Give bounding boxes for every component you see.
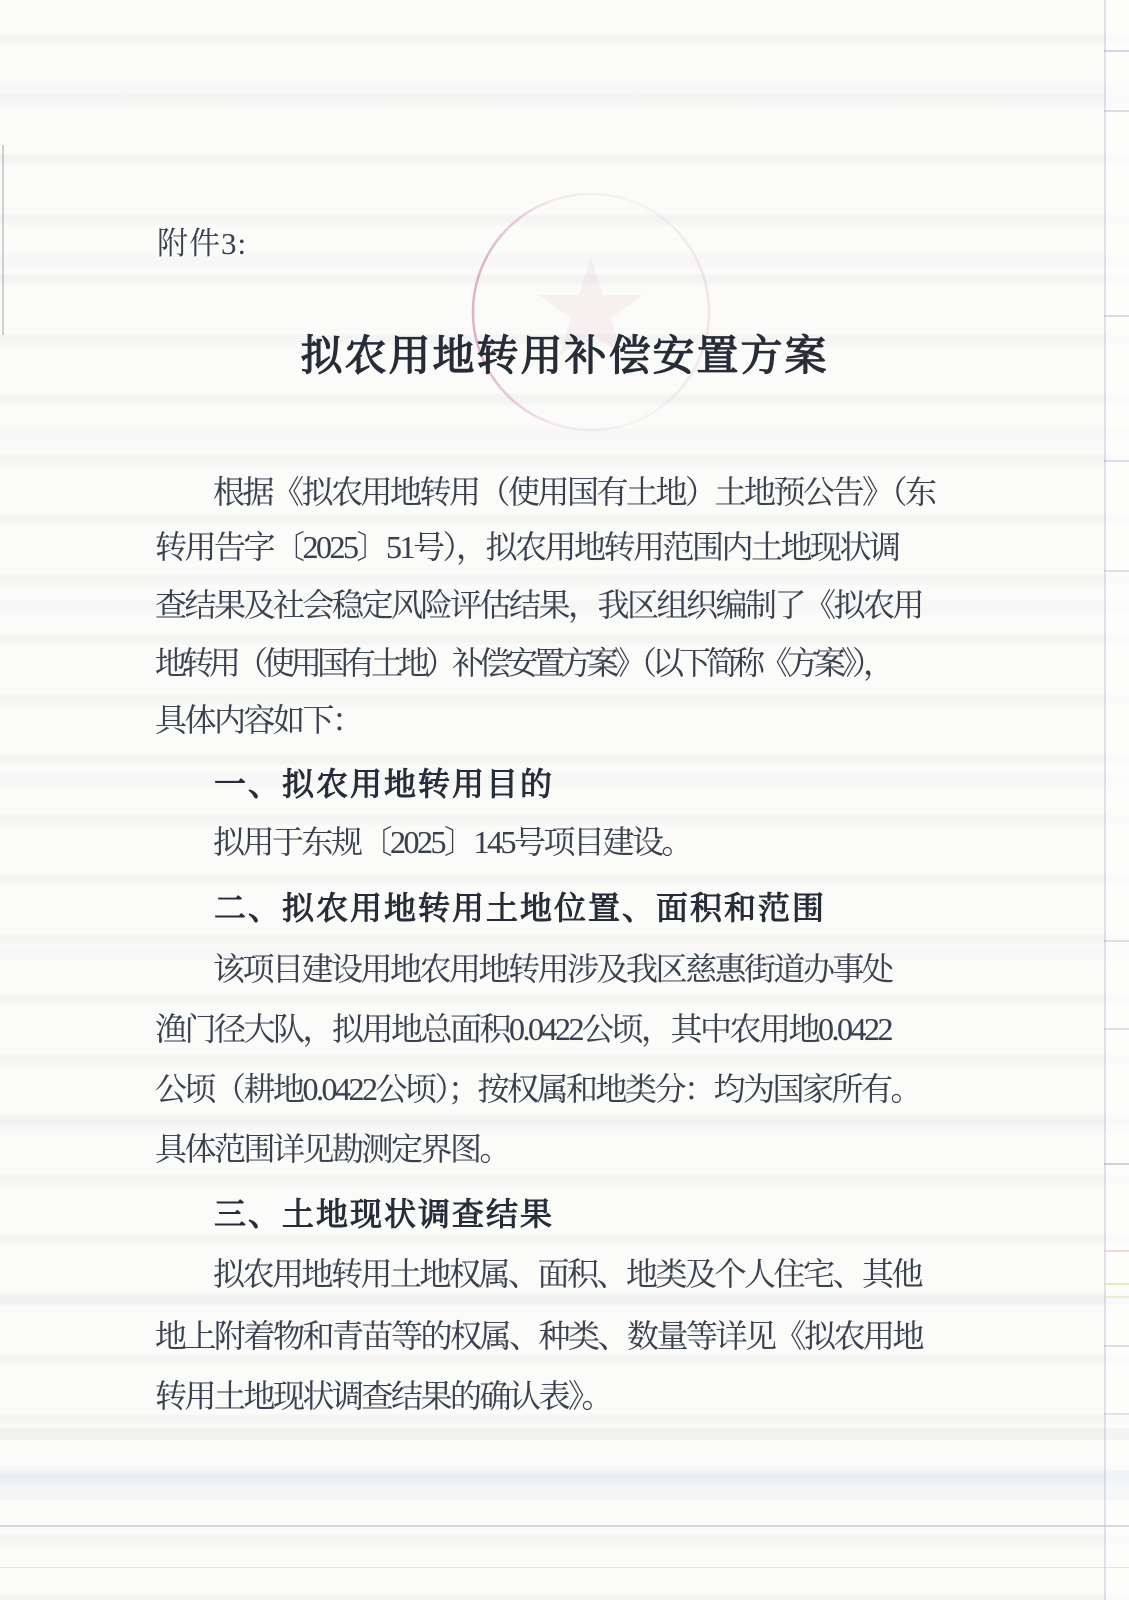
scan-right-strip [1106,0,1129,1600]
scan-band [0,1428,1129,1440]
stamp-ring [473,194,709,430]
scan-edge-mark [2,145,4,335]
scan-tick [1104,1413,1129,1415]
document-line: 渔门径大队，拟用地总面积0.0422公顷，其中农用地0.0422 [155,1009,891,1049]
document-line: 查结果及社会稳定风险评估结果，我区组织编制了《拟农用 [155,585,922,625]
scan-tick [1104,1283,1129,1285]
scan-tick [1104,315,1129,317]
scan-tick [1104,1296,1129,1298]
section-heading-1: 一、拟农用地转用目的 [214,764,554,804]
scan-band [0,1470,1129,1500]
document-line: 拟农用地转用土地权属、面积、地类及个人住宅、其他 [213,1254,921,1294]
section-heading-2: 二、拟农用地转用土地位置、面积和范围 [214,888,826,928]
document-line: 根据《拟农用地转用（使用国有土地）土地预公告》（东 [213,472,935,512]
document-line: 公顷（耕地0.0422公顷）；按权属和地类分：均为国家所有。 [155,1069,920,1109]
document-line: 转用土地现状调查结果的确认表》。 [155,1376,611,1416]
scan-tick [1104,1345,1129,1347]
scanned-document-page: 附件3: 拟农用地转用补偿安置方案 根据《拟农用地转用（使用国有土地）土地预公告… [0,0,1129,1600]
scan-tick [1104,50,1129,52]
document-line: 转用告字〔2025〕51号），拟农用地转用范围内土地现状调 [155,527,899,567]
document-line: 地上附着物和青苗等的权属、种类、数量等详见《拟农用地 [155,1316,922,1356]
scan-tick [1104,460,1129,462]
document-line: 具体内容如下： [155,700,362,740]
scan-tick [1104,1250,1129,1252]
official-stamp [455,178,735,448]
attachment-label: 附件3: [157,218,247,263]
scan-fold-line [1104,0,1106,1600]
scan-line [0,1567,1129,1568]
document-line: 具体范围详见勘测定界图。 [155,1129,509,1169]
document-line: 拟用于东规〔2025〕145号项目建设。 [213,822,691,862]
section-heading-3: 三、土地现状调查结果 [214,1194,554,1234]
scan-tick [1104,940,1129,942]
scan-tick [1104,570,1129,572]
scan-tick [1104,1163,1129,1165]
page-title: 拟农用地转用补偿安置方案 [0,323,1129,383]
scan-line [0,1525,1129,1527]
document-line: 该项目建设用地农用地转用涉及我区慈惠街道办事处 [213,949,892,989]
document-line: 地转用（使用国有土地）补偿安置方案》（以下简称《方案》）， [155,643,890,683]
scan-tick [1104,1028,1129,1030]
scan-tick [1104,110,1129,112]
